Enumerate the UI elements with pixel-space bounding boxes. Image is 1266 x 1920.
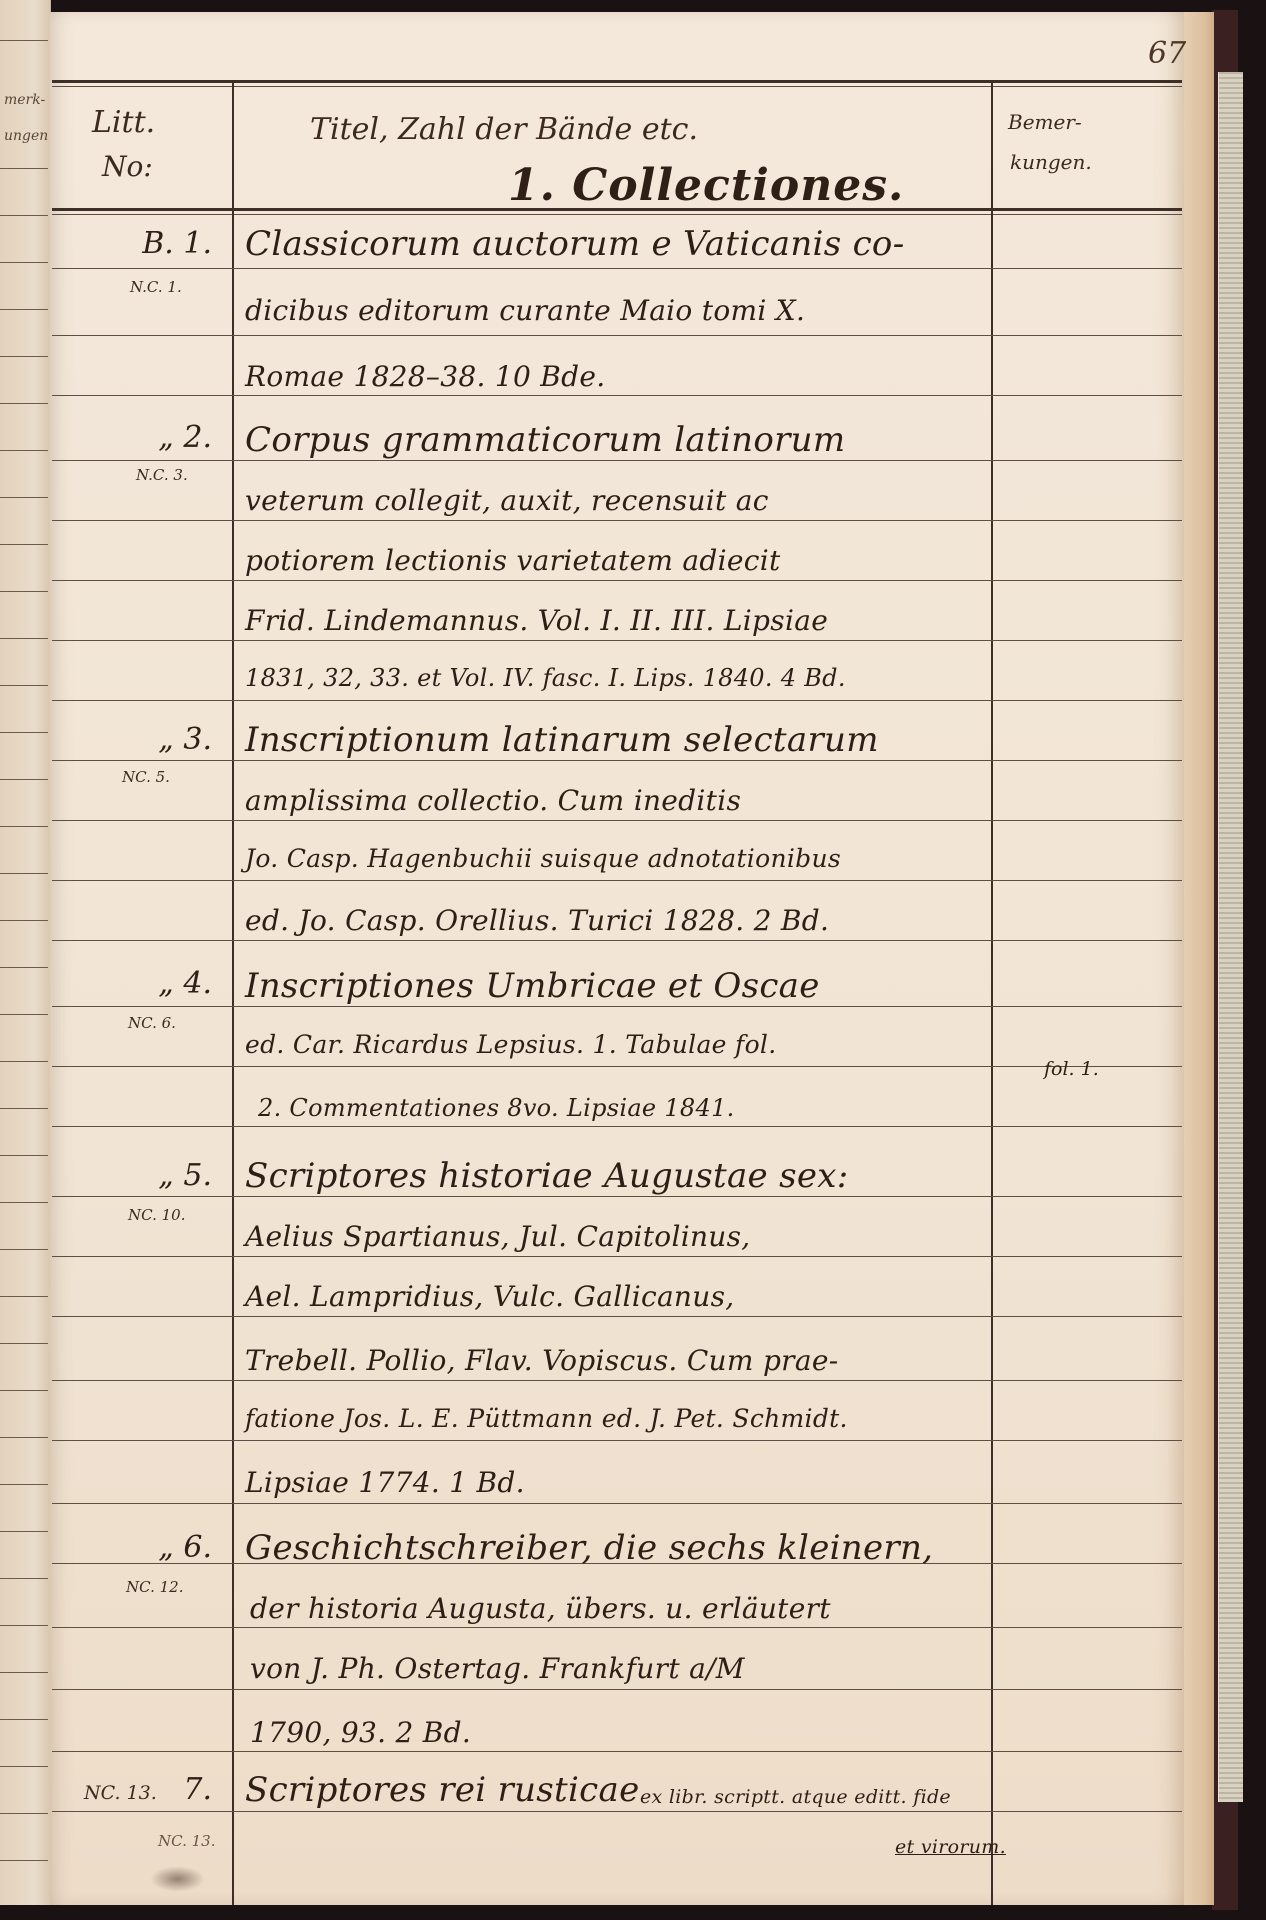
entry-nc-number: NC. 13. bbox=[158, 1832, 215, 1850]
entry-lit-number: „ 2. bbox=[62, 420, 212, 455]
header-no: No: bbox=[102, 150, 153, 183]
header-title-column: Titel, Zahl der Bände etc. bbox=[310, 112, 698, 147]
entry-line: Inscriptionum latinarum selectarum bbox=[245, 720, 879, 760]
binding-cloth bbox=[1218, 72, 1243, 1802]
entry-line: ed. Jo. Casp. Orellius. Turici 1828. 2 B… bbox=[245, 904, 829, 937]
entry-lit-number: „ 6. bbox=[62, 1530, 212, 1565]
entry-nc-number: NC. 5. bbox=[122, 768, 170, 786]
entry-lit-number: „ 4. bbox=[62, 966, 212, 1001]
entry-line: Inscriptiones Umbricae et Oscae bbox=[245, 966, 820, 1006]
column-divider-lit bbox=[232, 80, 234, 1905]
entry-line: von J. Ph. Ostertag. Frankfurt a/M bbox=[250, 1652, 745, 1685]
entry-line: Romae 1828–38. 10 Bde. bbox=[245, 360, 605, 393]
entry-line: Frid. Lindemannus. Vol. I. II. III. Lips… bbox=[245, 604, 828, 637]
entry-remark: fol. 1. bbox=[1044, 1058, 1099, 1080]
entry-line: ed. Car. Ricardus Lepsius. 1. Tabulae fo… bbox=[245, 1030, 776, 1059]
ink-smudge bbox=[150, 1866, 205, 1892]
prev-page-fragment: ungen bbox=[4, 128, 48, 144]
entry-lit-number: „ 3. bbox=[62, 722, 212, 757]
entry-line: ex libr. scriptt. atque editt. fide bbox=[640, 1786, 951, 1808]
entry-lit-number: 7. bbox=[62, 1772, 212, 1807]
entry-line: Geschichtschreiber, die sechs kleinern, bbox=[245, 1528, 933, 1568]
entry-line: 2. Commentationes 8vo. Lipsiae 1841. bbox=[258, 1094, 735, 1122]
entry-line: amplissima collectio. Cum ineditis bbox=[245, 784, 741, 817]
entry-nc-number: NC. 12. bbox=[126, 1578, 183, 1596]
header-remarks: Bemer- bbox=[1008, 110, 1082, 134]
header-remarks-2: kungen. bbox=[1010, 150, 1092, 174]
entry-line: Lipsiae 1774. 1 Bd. bbox=[245, 1466, 525, 1499]
entry-line: Scriptores historiae Augustae sex: bbox=[245, 1156, 849, 1196]
header-lit: Litt. bbox=[92, 105, 155, 140]
entry-line: fatione Jos. L. E. Püttmann ed. J. Pet. … bbox=[245, 1404, 848, 1433]
prev-page-fragment: merk- bbox=[4, 92, 45, 108]
page-edge bbox=[1184, 12, 1214, 1905]
section-title: 1. Collectiones. bbox=[508, 160, 904, 211]
entry-line: der historia Augusta, übers. u. erläuter… bbox=[250, 1592, 831, 1625]
entry-line: veterum collegit, auxit, recensuit ac bbox=[245, 484, 769, 517]
entry-line: Aelius Spartianus, Jul. Capitolinus, bbox=[245, 1220, 751, 1253]
entry-line: Scriptores rei rusticae bbox=[245, 1770, 640, 1810]
entry-nc-number: N.C. 3. bbox=[136, 466, 188, 484]
previous-page-edge: merk- ungen bbox=[0, 0, 51, 1905]
header-top-rule bbox=[52, 80, 1182, 83]
entry-line: Ael. Lampridius, Vulc. Gallicanus, bbox=[245, 1280, 734, 1313]
entry-line: 1790, 93. 2 Bd. bbox=[250, 1716, 471, 1749]
entry-line: 1831, 32, 33. et Vol. IV. fasc. I. Lips.… bbox=[245, 664, 846, 692]
entry-nc-number: N.C. 1. bbox=[130, 278, 182, 296]
entry-line: et virorum. bbox=[895, 1836, 1006, 1858]
entry-lit-number: B. 1. bbox=[62, 226, 212, 261]
entry-lit-number: „ 5. bbox=[62, 1158, 212, 1193]
column-divider-remarks bbox=[991, 80, 993, 1905]
entry-line: potiorem lectionis varietatem adiecit bbox=[245, 544, 781, 577]
entry-line: Corpus grammaticorum latinorum bbox=[245, 420, 845, 460]
entry-nc-number: NC. 10. bbox=[128, 1206, 185, 1224]
entry-line: Trebell. Pollio, Flav. Vopiscus. Cum pra… bbox=[245, 1344, 838, 1377]
entry-line: Classicorum auctorum e Vaticanis co- bbox=[245, 224, 905, 264]
entry-nc-number: NC. 6. bbox=[128, 1014, 176, 1032]
entry-line: dicibus editorum curante Maio tomi X. bbox=[245, 294, 805, 327]
entry-line: Jo. Casp. Hagenbuchii suisque adnotation… bbox=[245, 844, 841, 873]
page-number: 67 bbox=[1148, 36, 1186, 71]
